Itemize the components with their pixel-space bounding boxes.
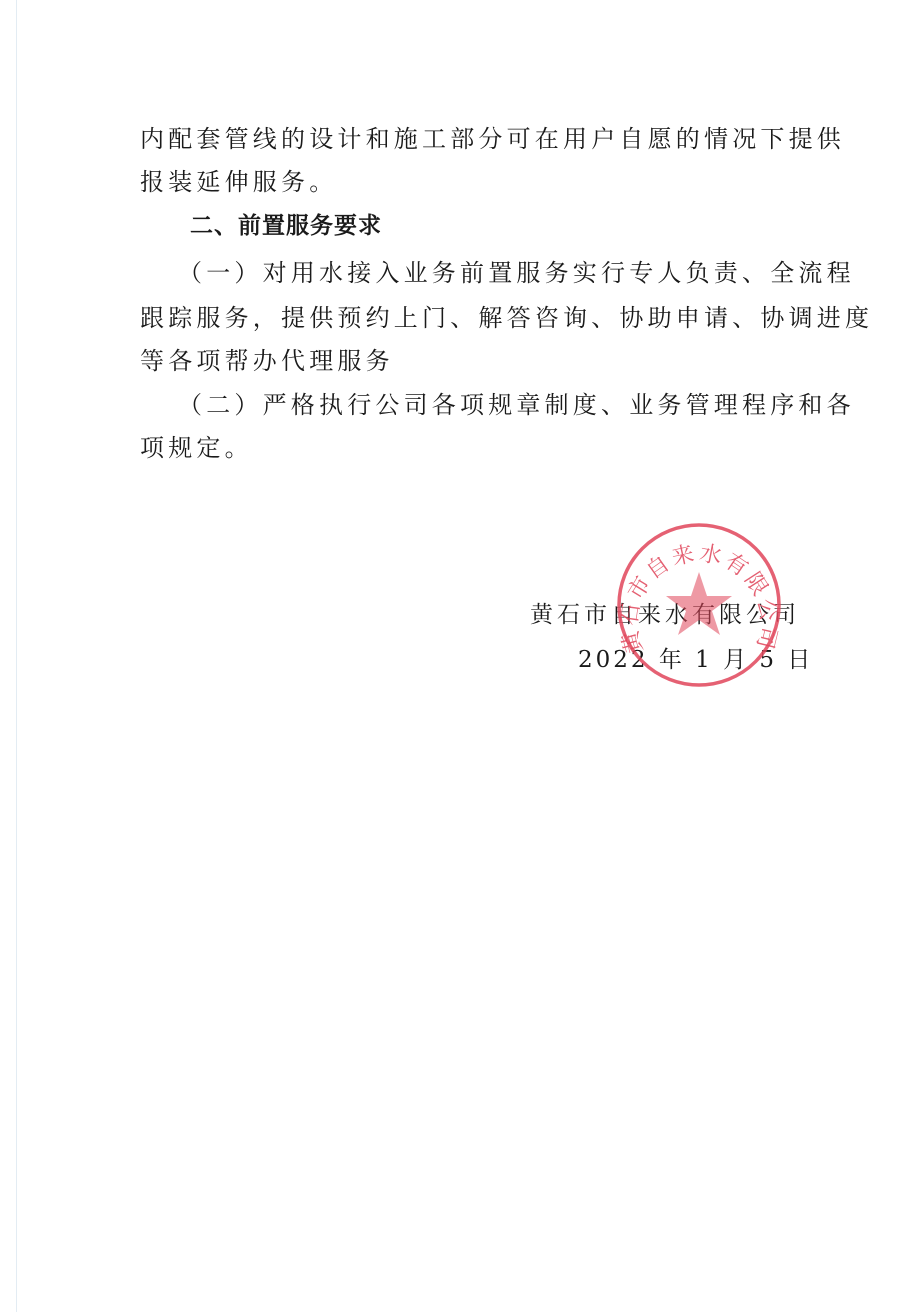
section-heading: 二、前置服务要求 xyxy=(190,211,382,241)
item-2-line-2: 项规定。 xyxy=(140,433,253,463)
document-page: 内配套管线的设计和施工部分可在用户自愿的情况下提供 报装延伸服务。 二、前置服务… xyxy=(0,0,920,1312)
svg-text:黄石市自来水有限公司: 黄石市自来水有限公司 xyxy=(617,541,781,656)
paragraph-line: 内配套管线的设计和施工部分可在用户自愿的情况下提供 xyxy=(140,124,845,154)
item-2-line-1: （二）严格执行公司各项规章制度、业务管理程序和各 xyxy=(178,390,855,420)
seal-text: 黄石市自来水有限公司 xyxy=(617,541,781,656)
signature-date: 2022 年 1 月 5 日 xyxy=(578,645,813,675)
signature-organization: 黄石市自来水有限公司 xyxy=(530,600,800,630)
paragraph-line: 报装延伸服务。 xyxy=(140,167,337,197)
item-1-line-3: 等各项帮办代理服务 xyxy=(140,346,394,376)
item-1-line-2: 跟踪服务，提供预约上门、解答咨询、协助申请、协调进度 xyxy=(140,303,873,333)
item-1-line-1: （一）对用水接入业务前置服务实行专人负责、全流程 xyxy=(178,258,855,288)
